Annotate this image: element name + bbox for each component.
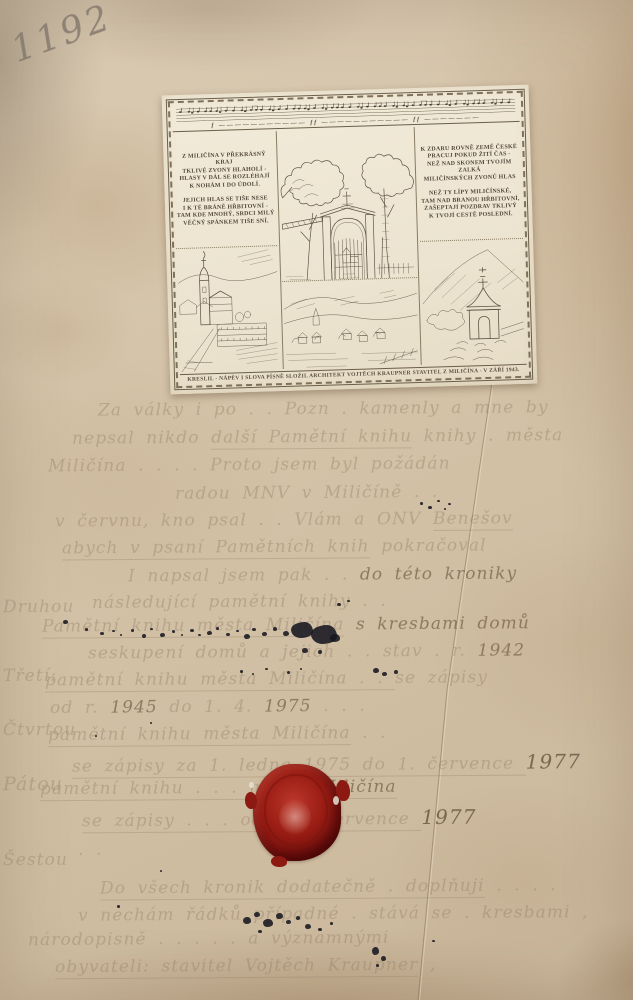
handwriting-line: od r. 1945 do 1. 4. 1975 . . . (50, 696, 366, 718)
ink-blot (120, 634, 122, 636)
handwriting-line: obyvateli: stavitel Vojtěch Kraupner , (55, 955, 436, 978)
handwriting-line: . . (78, 840, 103, 860)
card-ornament-border: ♪♫♪♬♫♪♪♫♬♪♫♪♪♬♫♪♫♬♪♪♫♪♬♪♫♫♪♬♪♪♫♪♫♬♪♫♪♪♬♫… (168, 91, 531, 388)
hillside-chapel-illustration (420, 238, 527, 365)
memorial-card: ♪♫♪♬♫♪♪♫♬♪♫♪♪♬♫♪♫♬♪♪♫♪♬♪♫♫♪♬♪♪♫♪♫♬♪♫♪♪♬♫… (162, 85, 538, 395)
handwriting-line: pamětní knihu města Miličína . . (48, 723, 387, 745)
ink-blot (207, 631, 212, 635)
ink-blot (265, 668, 268, 670)
ink-blot (190, 629, 194, 632)
ink-blot (112, 630, 115, 632)
ink-blot (437, 500, 440, 502)
valley-landscape-illustration (282, 277, 420, 369)
ink-blot (160, 870, 162, 872)
verse-left-stanza-2: JEJICH HLAS SE TIŠE NESE I K TÉ BRÁNĚ HŘ… (175, 195, 277, 228)
handwriting-line: následující pamětní knihy . . (92, 591, 387, 613)
verse-right-stanza-2: NEŽ TY LÍPY MILIČÍNSKÉ, TAM NAD BRANOU H… (419, 188, 523, 221)
handwriting-line: národopisně . . . . . a významnými (28, 928, 390, 951)
ink-blot (262, 632, 267, 636)
ink-blot (252, 628, 256, 631)
verse-right-stanza-1: K ZDARU ROVNĚ ZEMĚ ČESKÉ PRACUJ POKUD ŽI… (417, 144, 521, 185)
cemetery-gate-illustration (278, 127, 417, 281)
ink-blot (100, 632, 104, 635)
ink-blot (276, 913, 283, 919)
town-view-illustration (176, 245, 281, 372)
ink-blot (347, 600, 350, 602)
ink-blot (131, 629, 134, 632)
handwriting-line: abych v psaní Pamětních knih pokračoval (62, 536, 487, 559)
ink-blot (318, 928, 322, 931)
ink-blot (372, 947, 379, 955)
ink-blot (428, 506, 432, 509)
ink-blot (286, 920, 291, 924)
ink-blot (420, 502, 423, 505)
ink-blot (300, 668, 302, 670)
ink-blot (150, 722, 152, 724)
ink-blot (85, 628, 88, 631)
ink-blot (448, 503, 451, 505)
verse-right: K ZDARU ROVNĚ ZEMĚ ČESKÉ PRACUJ POKUD ŽI… (417, 124, 523, 241)
ink-blot (216, 627, 219, 630)
card-outer-frame: ♪♫♪♬♫♪♪♫♬♪♫♪♪♬♫♪♫♬♪♪♫♪♬♪♫♫♪♬♪♪♫♪♫♬♪♫♪♪♬♫… (166, 89, 533, 391)
ink-blot (252, 673, 254, 675)
ink-blot (243, 917, 251, 924)
wax-fleck (333, 796, 339, 805)
wax-fleck (249, 782, 254, 788)
handwriting-line: se zápisy za 1. ledna 1975 do 1. červenc… (72, 749, 581, 777)
ink-blot (373, 668, 379, 673)
ink-blot (283, 631, 289, 636)
ink-blot (240, 670, 243, 673)
handwriting-line: Do všech kronik dodatečně . doplňuji . .… (100, 875, 557, 898)
handwriting-line: nepsal nikdo další Pamětní knihu knihy .… (72, 425, 564, 448)
handwriting-line: v červnu, kno psal . . Vlám a ONV Benešo… (55, 508, 513, 531)
ink-blot (198, 634, 201, 636)
ink-blot (258, 930, 262, 933)
chronicle-page: 1192 Za války i po . . Pozn . kamenly a … (0, 0, 633, 1000)
ink-blot (95, 735, 97, 737)
wax-drip (245, 792, 257, 809)
ink-blot (172, 630, 175, 633)
wax-seal (253, 764, 341, 861)
ink-blot (296, 916, 300, 920)
ink-blot (291, 622, 313, 638)
ink-blot (302, 648, 308, 653)
ink-blot (150, 628, 153, 630)
ink-blot (381, 956, 386, 961)
wax-drip (271, 856, 287, 867)
ink-blot (254, 912, 260, 917)
handwriting-line: v nechám řádků případné . stává se . kre… (78, 902, 589, 926)
ink-blot (287, 671, 290, 674)
ink-blot (330, 634, 340, 642)
ink-blot (432, 940, 435, 942)
ink-blot (236, 630, 239, 632)
ink-blot (337, 603, 341, 606)
ink-blot (273, 627, 277, 631)
handwriting-line: Miličína . . . . Proto jsem byl požádán (48, 454, 451, 477)
ink-blot (382, 672, 387, 676)
handwriting-line: Za války i po . . Pozn . kamenly a mne b… (98, 397, 549, 420)
ink-blot (376, 964, 379, 967)
ink-blot (263, 919, 273, 927)
ink-blot (63, 620, 68, 624)
ink-blot (305, 924, 311, 929)
handwriting-line: radou MNV v Miličíně . . (175, 482, 439, 504)
ink-blot (318, 650, 322, 654)
archive-number: 1192 (6, 0, 117, 71)
ink-blot (330, 922, 333, 925)
handwriting-line: pamětní knihu města Miličína . . se zápi… (45, 667, 488, 690)
verse-left-stanza-1: Z MILIČÍNA V PŘEKRÁSNÝ KRAJ TKLIVÉ ZVONY… (173, 151, 275, 191)
handwriting-line: Šestou (3, 850, 68, 870)
ink-blot (160, 633, 165, 637)
ink-blot (444, 508, 446, 510)
ink-blot (244, 634, 250, 639)
ink-blot (226, 633, 230, 636)
ink-blot (142, 634, 146, 638)
ink-blot (117, 905, 120, 908)
verse-left: Z MILIČÍNA V PŘEKRÁSNÝ KRAJ TKLIVÉ ZVONY… (173, 131, 277, 248)
handwriting-line: Druhou (3, 597, 75, 617)
handwriting-line: I napsal jsem pak . . do této kroniky (128, 564, 517, 587)
ink-blot (394, 670, 398, 674)
ink-blot (181, 634, 183, 636)
